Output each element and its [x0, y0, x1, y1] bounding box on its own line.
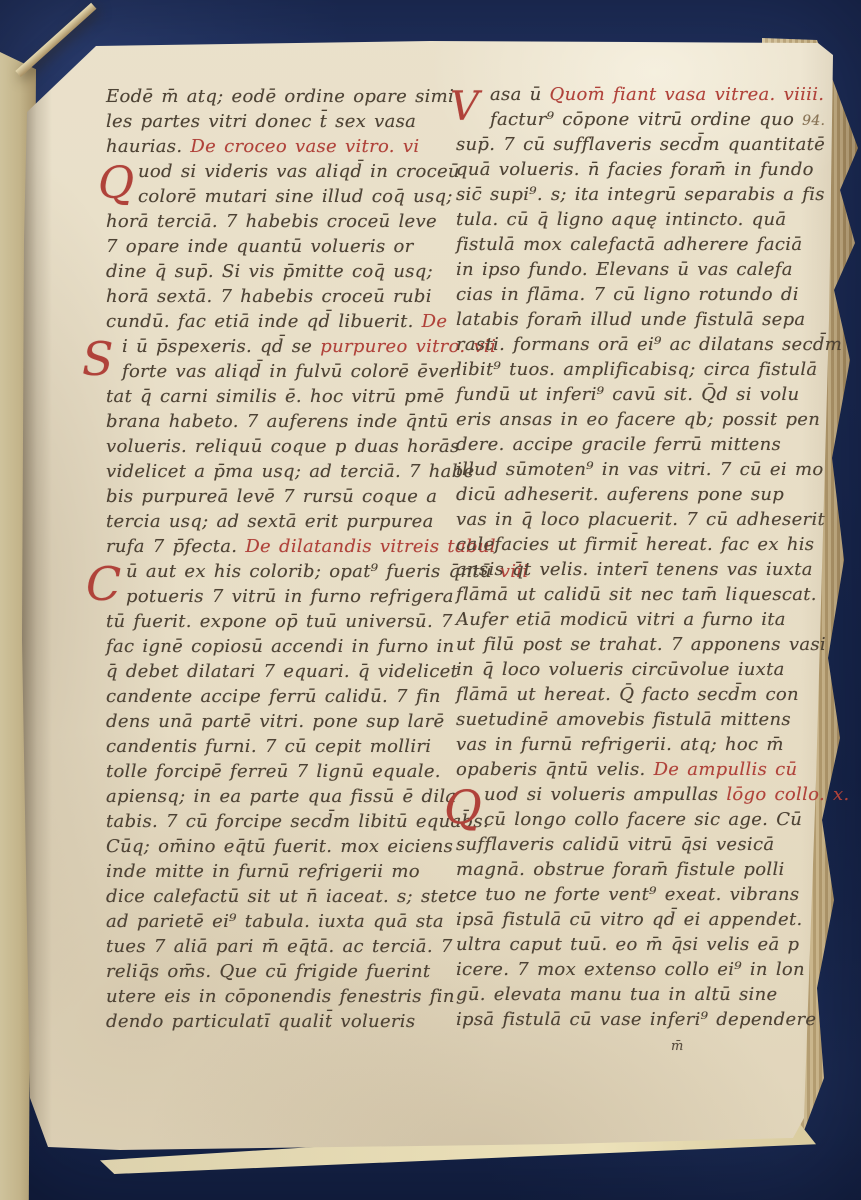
manuscript-line: factur⁹ cōpone vitrū ordine quo 94. — [456, 107, 808, 132]
body-text: illud sūmoten⁹ in vas vitri. 7 cū ei mo — [456, 459, 823, 480]
illuminated-initial: C — [86, 559, 122, 609]
manuscript-line: utere eis in cōponendis fenestris fin — [106, 984, 458, 1009]
body-text: tues 7 aliā pari m̄ eq̄tā. ac terciā. 7 — [106, 936, 453, 957]
body-text: reliq̄s om̄s. Que cū frigide fuerint — [106, 961, 430, 982]
manuscript-line: tues 7 aliā pari m̄ eq̄tā. ac terciā. 7 — [106, 934, 458, 959]
manuscript-line: volueris. reliquū coque p duas horās — [106, 434, 458, 459]
body-text: utere eis in cōponendis fenestris fin — [106, 986, 455, 1007]
body-text: cundū. fac etiā inde qd̄ libuerit. — [106, 311, 422, 332]
body-text: dens unā partē vitri. pone sup larē — [106, 711, 444, 732]
body-text: cias in flāma. 7 cū ligno rotundo di — [456, 284, 799, 305]
body-text: dendo particulatī qualit̄ volueris — [106, 1011, 415, 1032]
manuscript-line: horā sextā. 7 habebis croceū rubi — [106, 284, 458, 309]
manuscript-line: cias in flāma. 7 cū ligno rotundo di — [456, 282, 808, 307]
body-text: ad parietē ei⁹ tabula. iuxta quā sta — [106, 911, 444, 932]
manuscript-line: tula. cū q̄ ligno aquę intincto. quā — [456, 207, 808, 232]
body-text: in ipso fundo. Elevans ū vas calefa — [456, 259, 793, 280]
manuscript-line: tercia usq; ad sextā erit purpurea — [106, 509, 458, 534]
body-text: sic̄ supi⁹. s; ita integrū separabis a f… — [456, 184, 825, 205]
body-text: ipsā fistulā cū vitro qd̄ ei appendet. — [456, 909, 803, 930]
body-text: factur⁹ cōpone vitrū ordine quo — [490, 109, 802, 130]
manuscript-line: opaberis q̄ntū velis. De ampullis cū — [456, 757, 808, 782]
manuscript-line: les partes vitri donec t̄ sex vasa — [106, 109, 458, 134]
manuscript-line: in q̄ loco volueris circūvolue iuxta — [456, 657, 808, 682]
manuscript-line: sufflaveris calidū vitrū q̄si vesicā — [456, 832, 808, 857]
rubric-text: De — [422, 311, 448, 332]
body-text: opaberis q̄ntū velis. — [456, 759, 654, 780]
manuscript-line: ipsā fistulā cū vitro qd̄ ei appendet. — [456, 907, 808, 932]
body-text: les partes vitri donec t̄ sex vasa — [106, 111, 416, 132]
manuscript-line: eris ansas in eo facere qb; possit pen — [456, 407, 808, 432]
body-text: ū aut ex his colorib; opat⁹ fueris q̄ntū — [126, 561, 500, 582]
manuscript-line: quā volueris. n̄ facies foram̄ in fundo — [456, 157, 808, 182]
manuscript-line: apiensq; in ea parte qua fissū ē dila — [106, 784, 458, 809]
illuminated-initial: V — [450, 82, 486, 132]
body-text: bis purpureā levē 7 rursū coque a — [106, 486, 437, 507]
manuscript-line: tolle forcipē ferreū 7 lignū equale. — [106, 759, 458, 784]
manuscript-line: reliq̄s om̄s. Que cū frigide fuerint — [106, 959, 458, 984]
body-text: flāmā ut hereat. Q̄ facto secd̄m con — [456, 684, 799, 705]
manuscript-line: rasti. formans orā ei⁹ ac dilatans secd̄… — [456, 332, 808, 357]
manuscript-line: Quod si volueris ampullas lōgo collo. x. — [456, 782, 808, 807]
manuscript-line: candente accipe ferrū calidū. 7 fin — [106, 684, 458, 709]
manuscript-line: inde mitte in furnū refrigerii mo — [106, 859, 458, 884]
manuscript-line: ipsā fistulā cū vase inferi⁹ dependere — [456, 1007, 808, 1032]
manuscript-line: dere. accipe gracile ferrū mittens — [456, 432, 808, 457]
manuscript-line: q̄ debet dilatari 7 equari. q̄ videlicet — [106, 659, 458, 684]
rubric-text: De ampullis cū — [654, 759, 798, 780]
manuscript-line: potueris 7 vitrū in furno refrigera — [106, 584, 458, 609]
manuscript-line: dens unā partē vitri. pone sup larē — [106, 709, 458, 734]
manuscript-line: fistulā mox calefactā adherere faciā — [456, 232, 808, 257]
manuscript-line: brana habeto. 7 auferens inde q̄ntū — [106, 409, 458, 434]
manuscript-line: sup̄. 7 cū sufflaveris secd̄m quantitatē — [456, 132, 808, 157]
body-text: cū longo collo facere sic age. Cū — [484, 809, 802, 830]
manuscript-line: suetudinē amovebis fistulā mittens — [456, 707, 808, 732]
body-text: candente accipe ferrū calidū. 7 fin — [106, 686, 441, 707]
text-column-left: Eodē m̄ atq; eodē ordine opare similes p… — [106, 84, 458, 1034]
body-text: fac ignē copiosū accendi in furno in — [106, 636, 454, 657]
body-text: fundū ut inferi⁹ cavū sit. Q̄d si volu — [456, 384, 799, 405]
manuscript-line: tabis. 7 cū forcipe secd̄m libitū equab̄… — [106, 809, 458, 834]
manuscript-line: flāmā ut hereat. Q̄ facto secd̄m con — [456, 682, 808, 707]
body-text: ansis q̄t velis. interī tenens vas iuxta — [456, 559, 813, 580]
manuscript-line: bis purpureā levē 7 rursū coque a — [106, 484, 458, 509]
body-text: ut filū post se trahat. 7 apponens vasi — [456, 634, 826, 655]
body-text: gū. elevata manu tua in altū sine — [456, 984, 777, 1005]
manuscript-line: dendo particulatī qualit̄ volueris — [106, 1009, 458, 1034]
body-text: uod si videris vas aliqd̄ in croceū — [138, 161, 460, 182]
body-text: tolle forcipē ferreū 7 lignū equale. — [106, 761, 441, 782]
manuscript-line: dice calefactū sit ut n̄ iaceat. s; stet — [106, 884, 458, 909]
manuscript-line: ut filū post se trahat. 7 apponens vasi — [456, 632, 808, 657]
manuscript-line: Vasa ū Quom̄ fiant vasa vitrea. viiii. — [456, 82, 808, 107]
manuscript-line: m̄ — [456, 1032, 808, 1057]
body-text: rufa 7 p̄fecta. — [106, 536, 245, 557]
manuscript-line: horā terciā. 7 habebis croceū leve — [106, 209, 458, 234]
manuscript-line: cundū. fac etiā inde qd̄ libuerit. De — [106, 309, 458, 334]
body-text: tercia usq; ad sextā erit purpurea — [106, 511, 434, 532]
body-text: sufflaveris calidū vitrū q̄si vesicā — [456, 834, 774, 855]
body-text: icere. 7 mox extenso collo ei⁹ in lon — [456, 959, 805, 980]
body-text: candentis furni. 7 cū cepit molliri — [106, 736, 431, 757]
body-text: volueris. reliquū coque p duas horās — [106, 436, 460, 457]
body-text: eris ansas in eo facere qb; possit pen — [456, 409, 820, 430]
body-text: quā volueris. n̄ facies foram̄ in fundo — [456, 159, 814, 180]
manuscript-line: in ipso fundo. Elevans ū vas calefa — [456, 257, 808, 282]
body-text: dice calefactū sit ut n̄ iaceat. s; stet — [106, 886, 457, 907]
body-text: ipsā fistulā cū vase inferi⁹ dependere — [456, 1009, 816, 1030]
body-text: colorē mutari sine illud coq̄ usq; — [138, 186, 453, 207]
body-text: horā sextā. 7 habebis croceū rubi — [106, 286, 432, 307]
illuminated-initial: S — [82, 334, 118, 384]
body-text: vas in q̄ loco placuerit. 7 cū adheserit — [456, 509, 825, 530]
body-text: suetudinē amovebis fistulā mittens — [456, 709, 791, 730]
manuscript-line: ce tuo ne forte vent⁹ exeat. vibrans — [456, 882, 808, 907]
body-text: 7 opare inde quantū volueris or — [106, 236, 414, 257]
manuscript-line: rufa 7 p̄fecta. De dilatandis vitreis ta… — [106, 534, 458, 559]
folio-number: 94. — [802, 113, 825, 129]
body-text: uod si volueris ampullas — [484, 784, 726, 805]
body-text: Aufer etiā modicū vitri a furno ita — [456, 609, 786, 630]
body-text: dicū adheserit. auferens pone sup — [456, 484, 784, 505]
body-text: dere. accipe gracile ferrū mittens — [456, 434, 781, 455]
body-text: brana habeto. 7 auferens inde q̄ntū — [106, 411, 449, 432]
manuscript-line: haurias. De croceo vase vitro. vi — [106, 134, 458, 159]
manuscript-line: magnā. obstrue foram̄ fistule polli — [456, 857, 808, 882]
body-text: potueris 7 vitrū in furno refrigera — [126, 586, 454, 607]
body-text: asa ū — [490, 84, 550, 105]
manuscript-line: Aufer etiā modicū vitri a furno ita — [456, 607, 808, 632]
body-text: q̄ debet dilatari 7 equari. q̄ videlicet — [106, 661, 458, 682]
manuscript-line: 7 opare inde quantū volueris or — [106, 234, 458, 259]
body-text: fistulā mox calefactā adherere faciā — [456, 234, 802, 255]
rubric-text: De croceo vase vitro. vi — [190, 136, 419, 157]
manuscript-line: icere. 7 mox extenso collo ei⁹ in lon — [456, 957, 808, 982]
body-text: in q̄ loco volueris circūvolue iuxta — [456, 659, 785, 680]
body-text: rasti. formans orā ei⁹ ac dilatans secd̄… — [456, 334, 842, 355]
manuscript-line: ansis q̄t velis. interī tenens vas iuxta — [456, 557, 808, 582]
manuscript-line: Cū aut ex his colorib; opat⁹ fueris q̄nt… — [106, 559, 458, 584]
body-text: videlicet a p̄ma usq; ad terciā. 7 habe — [106, 461, 475, 482]
body-text: apiensq; in ea parte qua fissū ē dila — [106, 786, 456, 807]
body-text: horā terciā. 7 habebis croceū leve — [106, 211, 437, 232]
manuscript-line: ultra caput tuū. eo m̄ q̄si velis eā p — [456, 932, 808, 957]
manuscript-line: fundū ut inferi⁹ cavū sit. Q̄d si volu — [456, 382, 808, 407]
illuminated-initial: Q — [98, 159, 134, 209]
manuscript-line: tū fuerit. expone op̄ tuū universū. 7 — [106, 609, 458, 634]
manuscript-line: videlicet a p̄ma usq; ad terciā. 7 habe — [106, 459, 458, 484]
body-text: ce tuo ne forte vent⁹ exeat. vibrans — [456, 884, 799, 905]
manuscript-line: vas in furnū refrigerii. atq; hoc m̄ — [456, 732, 808, 757]
text-layer: Eodē m̄ atq; eodē ordine opare similes p… — [0, 0, 861, 1200]
body-text: tat q̄ carni similis ē. hoc vitrū pmē — [106, 386, 444, 407]
text-column-right: Vasa ū Quom̄ fiant vasa vitrea. viiii.fa… — [456, 82, 808, 1057]
manuscript-line: candentis furni. 7 cū cepit molliri — [106, 734, 458, 759]
manuscript-line: dine q̄ sup̄. Si vis p̄mitte coq̄ usq; — [106, 259, 458, 284]
rubric-text: Quom̄ fiant vasa vitrea. viiii. — [550, 84, 825, 105]
illuminated-initial: Q — [444, 782, 480, 832]
manuscript-line: libit⁹ tuos. amplificabisq; circa fistul… — [456, 357, 808, 382]
manuscript-line: forte vas aliqd̄ in fulvū colorē ēver — [106, 359, 458, 384]
manuscript-line: ad parietē ei⁹ tabula. iuxta quā sta — [106, 909, 458, 934]
body-text: haurias. — [106, 136, 190, 157]
manuscript-line: dicū adheserit. auferens pone sup — [456, 482, 808, 507]
body-text: Cūq; om̄ino eq̄tū fuerit. mox eiciens — [106, 836, 453, 857]
manuscript-line: flāmā ut calidū sit nec tam̄ liquescat. — [456, 582, 808, 607]
manuscript-photo: Eodē m̄ atq; eodē ordine opare similes p… — [0, 0, 861, 1200]
body-text: inde mitte in furnū refrigerii mo — [106, 861, 420, 882]
body-text: sup̄. 7 cū sufflaveris secd̄m quantitatē — [456, 134, 825, 155]
body-text: magnā. obstrue foram̄ fistule polli — [456, 859, 785, 880]
manuscript-line: Eodē m̄ atq; eodē ordine opare simi — [106, 84, 458, 109]
manuscript-line: sic̄ supi⁹. s; ita integrū separabis a f… — [456, 182, 808, 207]
body-text: flāmā ut calidū sit nec tam̄ liquescat. — [456, 584, 817, 605]
body-text: tula. cū q̄ ligno aquę intincto. quā — [456, 209, 786, 230]
manuscript-line: gū. elevata manu tua in altū sine — [456, 982, 808, 1007]
body-text: dine q̄ sup̄. Si vis p̄mitte coq̄ usq; — [106, 261, 433, 282]
manuscript-line: illud sūmoten⁹ in vas vitri. 7 cū ei mo — [456, 457, 808, 482]
body-text: calefacies ut firmit̄ hereat. fac ex his — [456, 534, 814, 555]
body-text: vas in furnū refrigerii. atq; hoc m̄ — [456, 734, 784, 755]
manuscript-line: vas in q̄ loco placuerit. 7 cū adheserit — [456, 507, 808, 532]
body-text: forte vas aliqd̄ in fulvū colorē ēver — [122, 361, 459, 382]
manuscript-line: colorē mutari sine illud coq̄ usq; — [106, 184, 458, 209]
body-text: tū fuerit. expone op̄ tuū universū. 7 — [106, 611, 453, 632]
body-text: m̄ — [671, 1039, 684, 1054]
body-text: libit⁹ tuos. amplificabisq; circa fistul… — [456, 359, 817, 380]
manuscript-line: Quod si videris vas aliqd̄ in croceū — [106, 159, 458, 184]
manuscript-line: cū longo collo facere sic age. Cū — [456, 807, 808, 832]
manuscript-line: calefacies ut firmit̄ hereat. fac ex his — [456, 532, 808, 557]
body-text: Eodē m̄ atq; eodē ordine opare simi — [106, 86, 454, 107]
manuscript-line: Cūq; om̄ino eq̄tū fuerit. mox eiciens — [106, 834, 458, 859]
body-text: ultra caput tuū. eo m̄ q̄si velis eā p — [456, 934, 799, 955]
rubric-text: lōgo collo. x. — [726, 784, 849, 805]
body-text: latabis foram̄ illud unde fistulā sepa — [456, 309, 805, 330]
manuscript-line: latabis foram̄ illud unde fistulā sepa — [456, 307, 808, 332]
body-text: i ū p̄spexeris. qd̄ se — [122, 336, 320, 357]
manuscript-line: tat q̄ carni similis ē. hoc vitrū pmē — [106, 384, 458, 409]
body-text: tabis. 7 cū forcipe secd̄m libitū equab̄… — [106, 811, 489, 832]
manuscript-line: Si ū p̄spexeris. qd̄ se purpureo vitro. … — [106, 334, 458, 359]
manuscript-line: fac ignē copiosū accendi in furno in — [106, 634, 458, 659]
